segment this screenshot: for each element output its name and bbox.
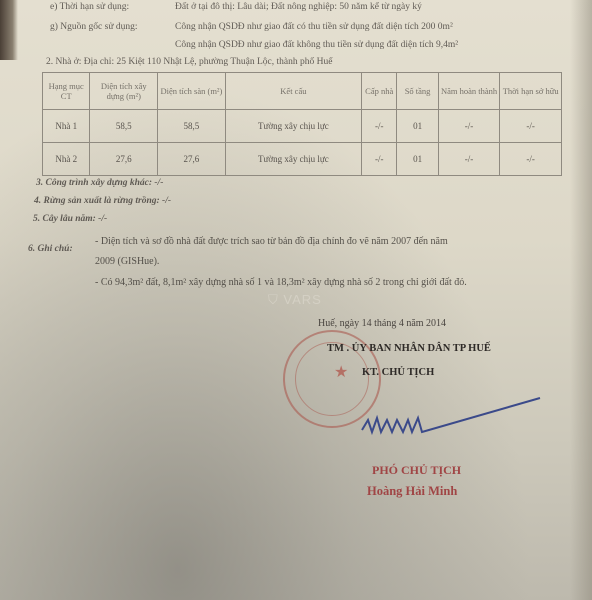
col-header: Kết cấu xyxy=(225,73,361,110)
cell: 58,5 xyxy=(90,110,158,143)
signature-organization: TM . ỦY BAN NHÂN DÂN TP HUẾ xyxy=(327,343,491,354)
note-line-1: - Diện tích và sơ đồ nhà đất được trích … xyxy=(95,236,448,247)
cell: 01 xyxy=(397,143,438,176)
col-header: Số tầng xyxy=(397,73,438,110)
section-4: 4. Rừng sản xuất là rừng trồng: -/- xyxy=(34,196,171,206)
cell: 27,6 xyxy=(90,143,158,176)
col-header: Cấp nhà xyxy=(362,73,397,110)
handwritten-signature-icon xyxy=(350,390,550,450)
star-icon: ★ xyxy=(334,362,348,382)
cell: -/- xyxy=(438,110,500,143)
term-of-use-value: Đất ở tại đô thị: Lâu dài; Đất nông nghi… xyxy=(175,2,422,12)
col-header: Diện tích xây dựng (m²) xyxy=(90,73,158,110)
cell: -/- xyxy=(500,143,562,176)
origin-value-1: Công nhận QSDĐ như giao đất có thu tiền … xyxy=(175,22,453,32)
section-2-house: 2. Nhà ở: Địa chỉ: 25 Kiệt 110 Nhật Lệ, … xyxy=(46,57,332,67)
cell: Nhà 1 xyxy=(43,110,90,143)
table-row: Nhà 2 27,6 27,6 Tường xây chịu lực -/- 0… xyxy=(43,143,562,176)
cell: -/- xyxy=(362,110,397,143)
signer-name: Hoàng Hải Minh xyxy=(367,484,457,499)
cell: -/- xyxy=(500,110,562,143)
cell: Tường xây chịu lực xyxy=(225,143,361,176)
col-header: Năm hoàn thành xyxy=(438,73,500,110)
cell: -/- xyxy=(362,143,397,176)
signature-title: KT. CHỦ TỊCH xyxy=(362,367,434,378)
table-header-row: Hạng mục CT Diện tích xây dựng (m²) Diện… xyxy=(43,73,562,110)
cell: Tường xây chịu lực xyxy=(225,110,361,143)
page-shadow xyxy=(0,0,18,60)
term-of-use-label: e) Thời hạn sử dụng: xyxy=(50,2,129,12)
cell: Nhà 2 xyxy=(43,143,90,176)
property-table: Hạng mục CT Diện tích xây dựng (m²) Diện… xyxy=(42,72,562,176)
watermark-logo-icon: ⛉ xyxy=(268,292,283,307)
cell: 27,6 xyxy=(158,143,226,176)
table-row: Nhà 1 58,5 58,5 Tường xây chịu lực -/- 0… xyxy=(43,110,562,143)
watermark: ⛉ VARS xyxy=(268,292,322,308)
signature-date: Huế, ngày 14 tháng 4 năm 2014 xyxy=(318,318,446,329)
page-edge xyxy=(570,0,592,600)
signer-role: PHÓ CHỦ TỊCH xyxy=(372,463,461,478)
section-5: 5. Cây lâu năm: -/- xyxy=(33,214,107,224)
cell: -/- xyxy=(438,143,500,176)
col-header: Diện tích sàn (m²) xyxy=(158,73,226,110)
note-line-2: 2009 (GISHue). xyxy=(95,256,159,267)
origin-label: g) Nguồn gốc sử dụng: xyxy=(50,22,137,32)
col-header: Thời hạn sở hữu xyxy=(500,73,562,110)
col-header: Hạng mục CT xyxy=(43,73,90,110)
origin-value-2: Công nhận QSDĐ như giao đất không thu ti… xyxy=(175,40,458,50)
cell: 58,5 xyxy=(158,110,226,143)
cell: 01 xyxy=(397,110,438,143)
section-6-label: 6. Ghi chú: xyxy=(28,244,73,254)
section-3: 3. Công trình xây dựng khác: -/- xyxy=(36,178,163,188)
note-line-3: - Có 94,3m² đất, 8,1m² xây dựng nhà số 1… xyxy=(95,277,467,288)
